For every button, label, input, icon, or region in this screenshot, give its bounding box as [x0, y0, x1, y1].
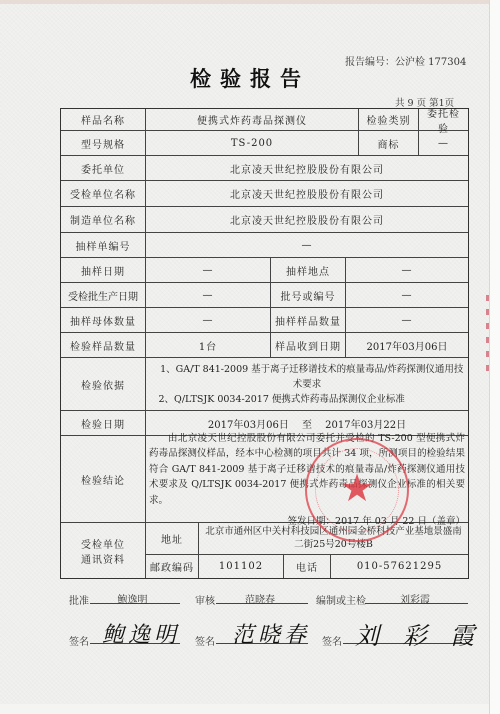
postcode-row: 邮政编码 101102 电话 010-57621295 [146, 555, 468, 578]
value-sampling-place: — [346, 258, 468, 282]
table-row-production-date: 受检批生产日期 — 批号或编号 — [61, 283, 468, 308]
paper-right-edge [489, 0, 500, 714]
label-conclusion: 检验结论 [61, 436, 146, 522]
basis-item-2: 2、Q/LTSJK 0034-2017 便携式炸药毒品探测仪企业标准 [149, 392, 405, 407]
sign-label-3: 签名 [322, 633, 342, 648]
table-row-test-qty: 检验样品数量 1台 样品收到日期 2017年03月06日 [61, 333, 468, 358]
label-sampling-date: 抽样日期 [61, 258, 146, 282]
value-client: 北京凌天世纪控股股份有限公司 [146, 156, 468, 180]
approve-name: 鲍逸明 [100, 591, 165, 606]
label-sampling-no: 抽样单编号 [61, 233, 146, 257]
table-row-conclusion: 检验结论 由北京凌天世纪控股股份有限公司委托并受检的 TS-200 型便携式炸药… [61, 436, 468, 523]
label-contact: 受检单位 通讯资料 [61, 523, 146, 578]
signature-2: 范晓春 [232, 618, 310, 649]
label-inspected-unit: 受检单位名称 [61, 181, 146, 206]
value-received-date: 2017年03月06日 [346, 333, 468, 357]
label-test-date: 检验日期 [61, 411, 146, 435]
table-row-contact: 受检单位 通讯资料 地址 北京市通州区中关村科技园区通州园金桥科技产业基地景盛南… [61, 523, 468, 578]
contact-label-line2: 通讯资料 [81, 551, 125, 566]
label-inspection-type: 检验类别 [359, 109, 419, 130]
issue-date: 签发日期：2017 年 03 月 22 日（盖章） [149, 514, 465, 530]
value-population-qty: — [146, 308, 271, 332]
value-sample-qty: — [346, 308, 468, 332]
value-batch-no: — [346, 283, 468, 307]
table-row-sampling-no: 抽样单编号 — [61, 233, 468, 258]
value-test-qty: 1台 [146, 333, 271, 357]
value-basis: 1、GA/T 841-2009 基于离子迁移谱技术的痕量毒品/炸药探测仪通用技术… [146, 358, 468, 410]
contact-details: 地址 北京市通州区中关村科技园区通州园金桥科技产业基地景盛南二街25号20号楼B… [146, 523, 468, 578]
inspection-table: 样品名称 便携式炸药毒品探测仪 检验类别 委托检验 型号规格 TS-200 商标… [60, 108, 469, 579]
value-manufacturer: 北京凌天世纪控股股份有限公司 [146, 207, 468, 232]
value-trademark: — [419, 131, 468, 155]
value-phone: 010-57621295 [331, 555, 468, 578]
value-sampling-date: — [146, 258, 271, 282]
seam-stamp-mark [486, 295, 489, 375]
value-conclusion: 由北京凌天世纪控股股份有限公司委托并受检的 TS-200 型便携式炸药毒品探测仪… [146, 436, 468, 522]
sign-label-1: 签名 [69, 633, 89, 648]
table-row-basis: 检验依据 1、GA/T 841-2009 基于离子迁移谱技术的痕量毒品/炸药探测… [61, 358, 468, 411]
table-row-sampling-date: 抽样日期 — 抽样地点 — [61, 258, 468, 283]
label-manufacturer: 制造单位名称 [61, 207, 146, 232]
review-label: 审核 [195, 592, 215, 607]
label-model: 型号规格 [61, 131, 146, 155]
label-sampling-place: 抽样地点 [271, 258, 346, 282]
compile-name: 刘彩霞 [385, 591, 445, 606]
value-model: TS-200 [146, 131, 359, 155]
page-title: 检验报告 [0, 63, 500, 93]
table-row-client: 委托单位 北京凌天世纪控股股份有限公司 [61, 156, 468, 181]
value-inspection-type: 委托检验 [419, 109, 468, 130]
label-sample-qty: 抽样样品数量 [271, 308, 346, 332]
signature-1: 鲍逸明 [102, 618, 180, 649]
table-row-sample-name: 样品名称 便携式炸药毒品探测仪 检验类别 委托检验 [61, 109, 468, 131]
review-name: 范晓春 [230, 591, 290, 606]
value-sampling-no: — [146, 233, 468, 257]
label-basis: 检验依据 [61, 358, 146, 410]
table-row-model: 型号规格 TS-200 商标 — [61, 131, 468, 156]
label-population-qty: 抽样母体数量 [61, 308, 146, 332]
label-client: 委托单位 [61, 156, 146, 180]
label-postcode: 邮政编码 [146, 555, 199, 578]
label-sample-name: 样品名称 [61, 109, 146, 130]
value-inspected-unit: 北京凌天世纪控股股份有限公司 [146, 181, 468, 206]
signature-3: 刘 彩 霞 [355, 616, 482, 651]
approve-label: 批准 [69, 592, 89, 607]
table-row-inspected-unit: 受检单位名称 北京凌天世纪控股股份有限公司 [61, 181, 468, 207]
table-row-population-qty: 抽样母体数量 — 抽样样品数量 — [61, 308, 468, 333]
label-received-date: 样品收到日期 [271, 333, 346, 357]
basis-item-1: 1、GA/T 841-2009 基于离子迁移谱技术的痕量毒品/炸药探测仪通用技术… [149, 362, 465, 392]
conclusion-text: 由北京凌天世纪控股股份有限公司委托并受检的 TS-200 型便携式炸药毒品探测仪… [149, 431, 465, 509]
contact-label-line1: 受检单位 [81, 536, 125, 551]
label-phone: 电话 [284, 555, 331, 578]
value-sample-name: 便携式炸药毒品探测仪 [146, 109, 359, 130]
value-postcode: 101102 [199, 555, 284, 578]
label-production-date: 受检批生产日期 [61, 283, 146, 307]
label-batch-no: 批号或编号 [271, 283, 346, 307]
value-production-date: — [146, 283, 271, 307]
label-test-qty: 检验样品数量 [61, 333, 146, 357]
sign-label-2: 签名 [195, 633, 215, 648]
table-row-manufacturer: 制造单位名称 北京凌天世纪控股股份有限公司 [61, 207, 468, 233]
label-trademark: 商标 [359, 131, 419, 155]
compile-label: 编制或主检 [316, 592, 366, 607]
